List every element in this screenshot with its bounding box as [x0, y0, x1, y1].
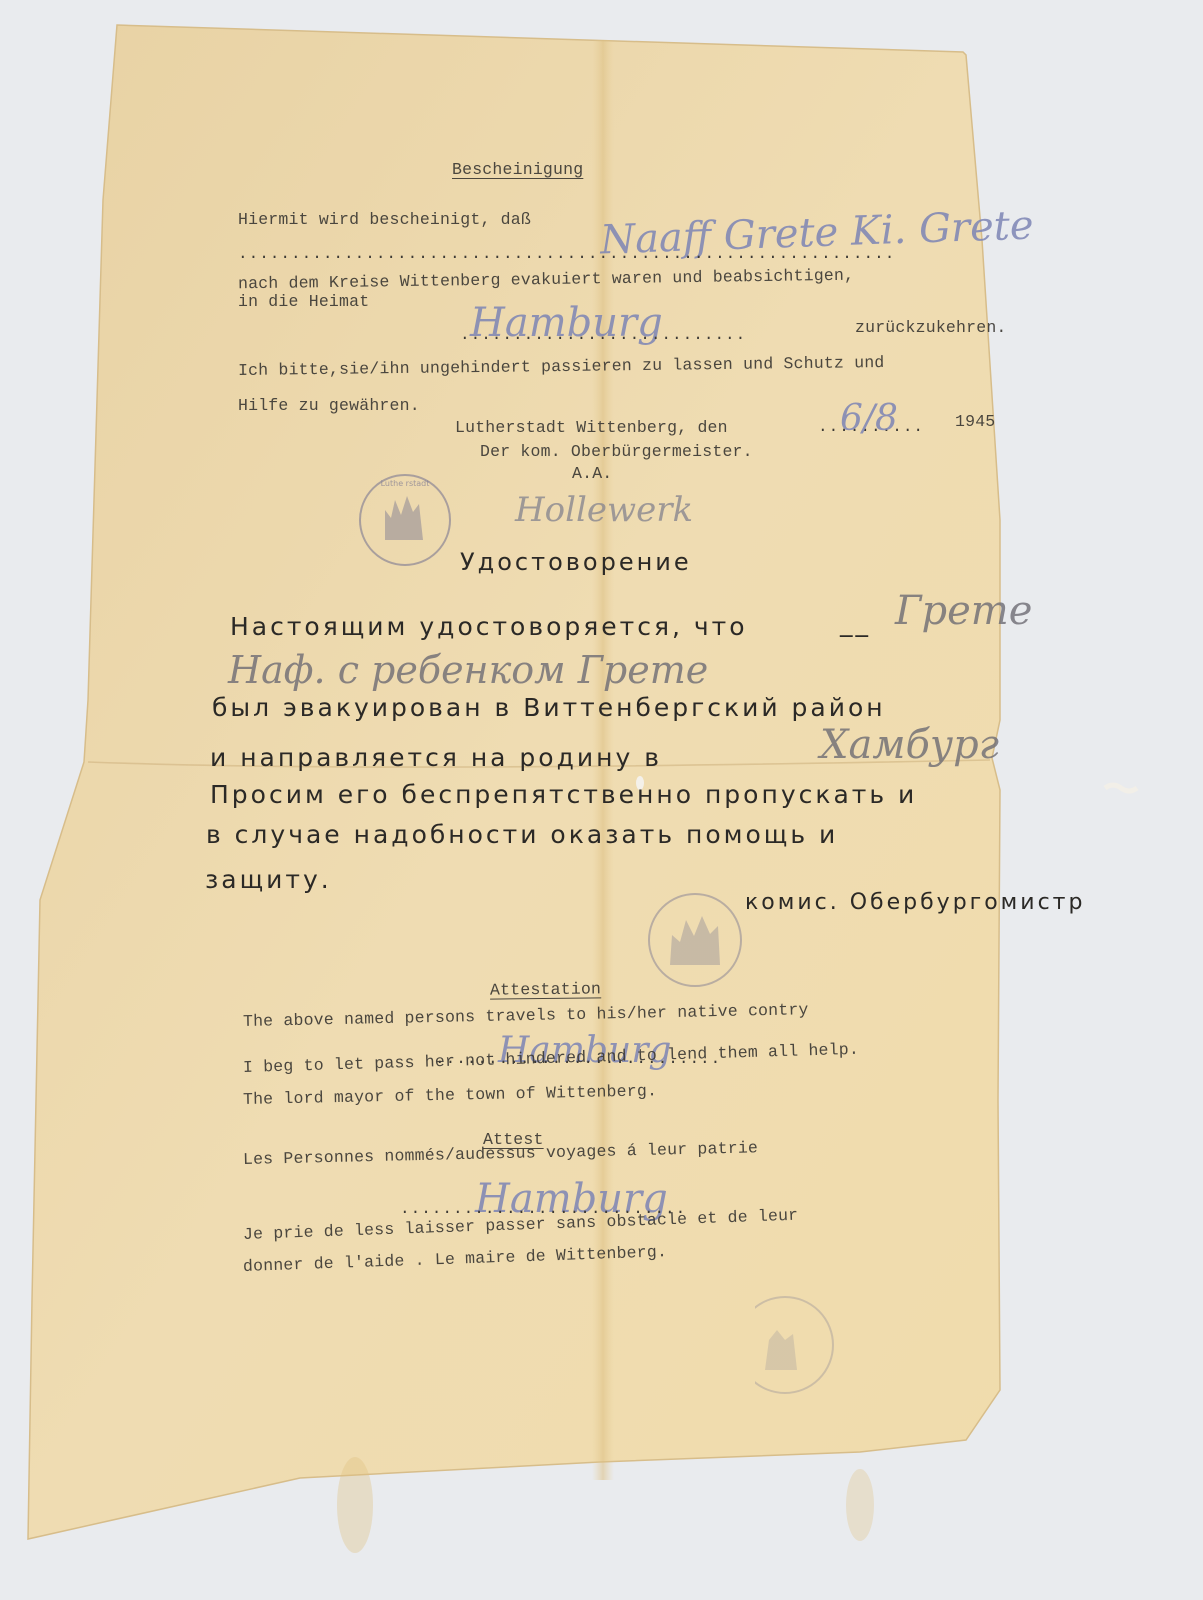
english-line-1: The above named persons travels to his/h… — [243, 1000, 809, 1031]
german-line-3: in die Heimat — [238, 292, 369, 311]
german-signature: Hollewerk — [515, 490, 693, 530]
english-title: Attestation — [490, 979, 601, 999]
russian-line-1: Настоящим удостоворяется, что — [230, 612, 748, 641]
russian-official: комис. Обербургомистр — [745, 890, 1085, 915]
german-place-date: Lutherstadt Wittenberg, den — [455, 418, 728, 437]
german-line-4: Ich bitte,sie/ihn ungehindert passieren … — [238, 353, 885, 380]
german-line-5: Hilfe zu gewähren. — [238, 396, 420, 415]
german-line-1: Hiermit wird bescheinigt, daß — [238, 210, 531, 229]
german-title: Bescheinigung — [452, 160, 583, 179]
russian-line-2: был эвакуирован в Виттенбергский район — [212, 693, 886, 722]
russian-line-4: Просим его беспрепятственно пропускать и — [210, 780, 917, 809]
russian-city-handwritten: Хамбург — [820, 722, 999, 768]
russian-line-5: в случае надобности оказать помощь и — [206, 820, 838, 849]
german-name-dots: ........................................… — [238, 245, 895, 263]
german-line-3-end: zurückzukehren. — [855, 318, 1007, 337]
german-city-dots: ........................... — [460, 326, 746, 344]
russian-line-1-dash: __ — [840, 608, 871, 637]
russian-name-handwritten-2: Наф. с ребенком Грете — [228, 648, 708, 692]
german-year: 1945 — [955, 412, 995, 431]
russian-line-3: и направляется на родину в — [210, 743, 662, 772]
russian-title: Удостоворение — [460, 548, 692, 576]
german-aa: A.A. — [572, 464, 612, 483]
document-photo: Luthe rstadt Bescheinigung Hiermit wird … — [0, 0, 1203, 1600]
english-line-3: The lord mayor of the town of Wittenberg… — [243, 1081, 657, 1109]
german-official: Der kom. Oberbürgermeister. — [480, 442, 753, 461]
russian-name-handwritten-1: Грете — [895, 588, 1032, 634]
german-line-2: nach dem Kreise Wittenberg evakuiert war… — [238, 266, 854, 294]
german-date-handwritten: 6/8 — [840, 398, 898, 439]
russian-line-6: защиту. — [205, 865, 332, 894]
french-line-3: donner de l'aide . Le maire de Wittenber… — [243, 1242, 668, 1276]
